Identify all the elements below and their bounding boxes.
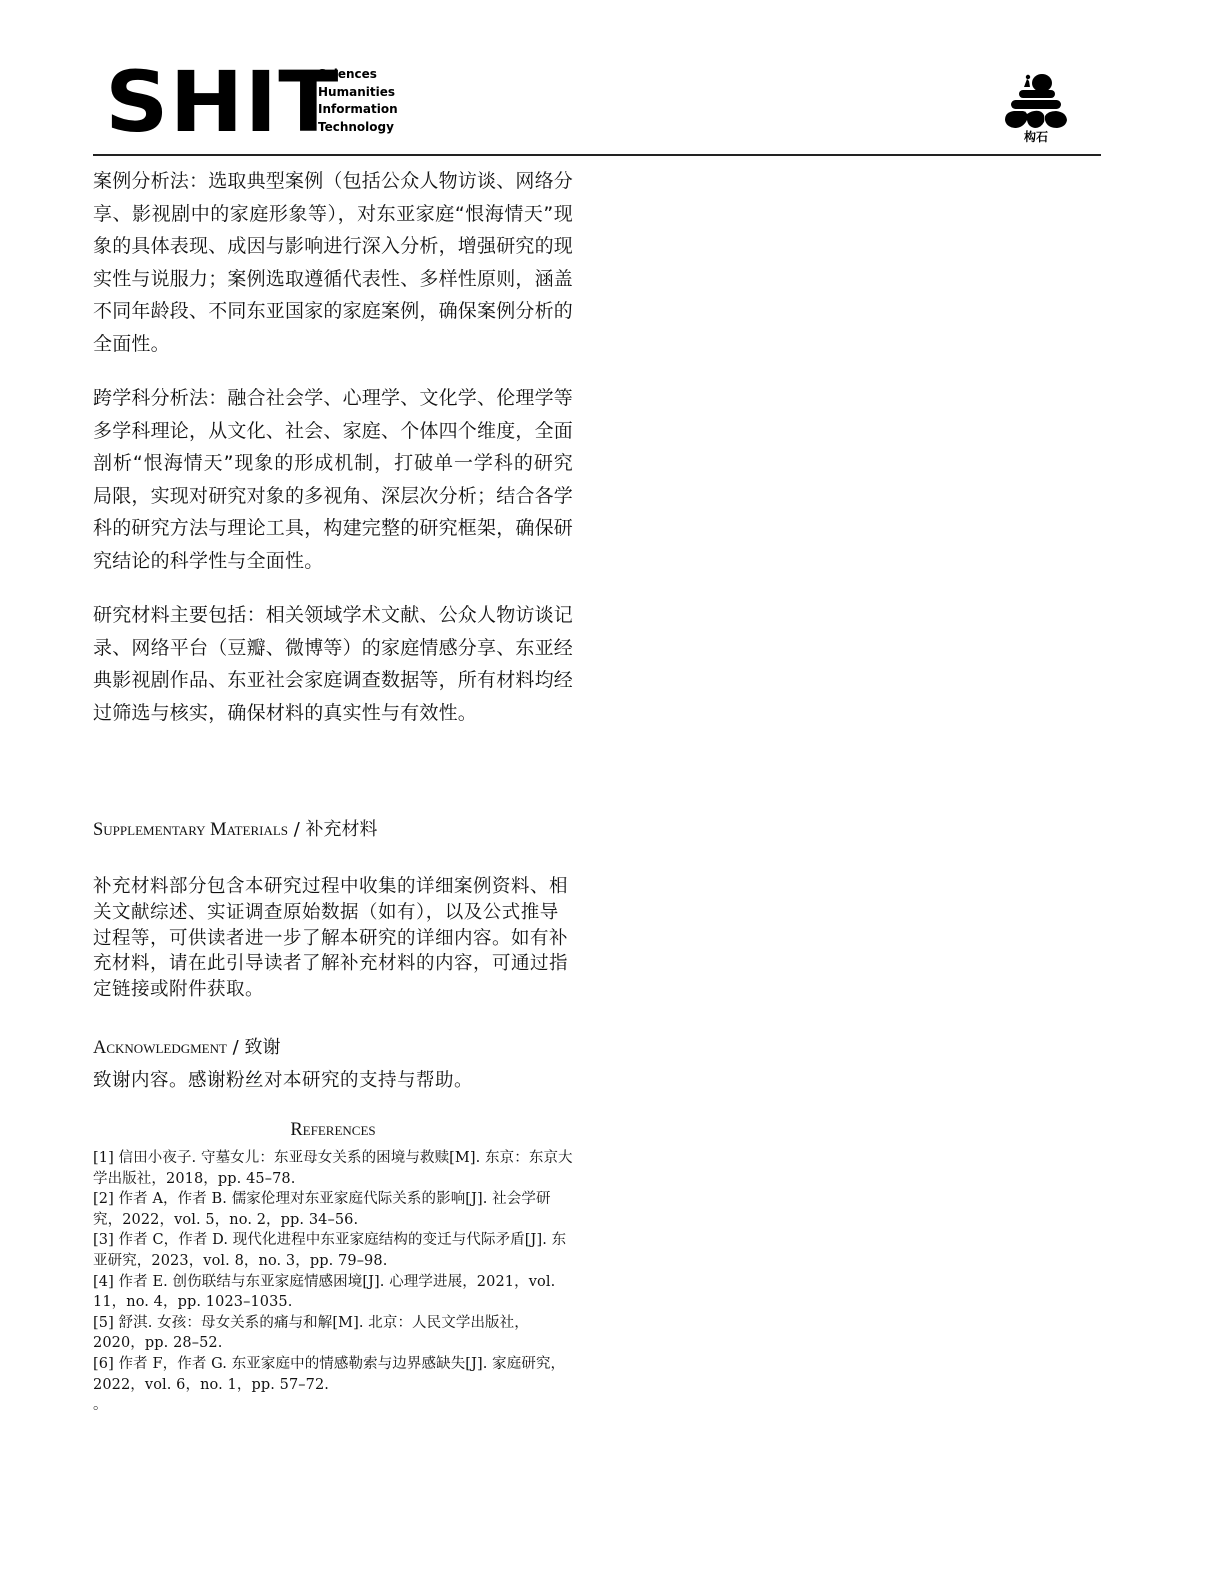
page-header: SHIT Sciences Humanities Information Tec…: [93, 60, 1101, 156]
supplementary-heading-cjk: / 补充材料: [288, 819, 378, 840]
references-title: References: [93, 1118, 573, 1142]
reference-item: [1] 信田小夜子. 守墓女儿：东亚母女关系的困境与救赎[M]. 东京：东京大学…: [93, 1148, 573, 1189]
supplementary-heading: Supplementary Materials / 补充材料: [93, 818, 573, 842]
journal-logo: SHIT: [105, 62, 340, 142]
logo-word: Information: [318, 101, 398, 119]
reference-item: [2] 作者 A，作者 B. 儒家伦理对东亚家庭代际关系的影响[J]. 社会学研…: [93, 1189, 573, 1230]
acknowledgment-heading-cjk: / 致谢: [227, 1037, 281, 1058]
reference-item: [3] 作者 C，作者 D. 现代化进程中东亚家庭结构的变迁与代际矛盾[J]. …: [93, 1230, 573, 1271]
references-section: References [1] 信田小夜子. 守墓女儿：东亚母女关系的困境与救赎[…: [93, 1118, 573, 1416]
reference-item: [5] 舒淇. 女孩：母女关系的痛与和解[M]. 北京：人民文学出版社，2020…: [93, 1313, 573, 1354]
body-column: 案例分析法：选取典型案例（包括公众人物访谈、网络分享、影视剧中的家庭形象等），对…: [93, 165, 573, 729]
reference-item: [4] 作者 E. 创伤联结与东亚家庭情感困境[J]. 心理学进展，2021，v…: [93, 1272, 573, 1313]
acknowledgment-section: Acknowledgment / 致谢 致谢内容。感谢粉丝对本研究的支持与帮助。: [93, 1036, 573, 1094]
stone-pile-icon: [1003, 70, 1069, 130]
gouashi-label: 构石: [1001, 130, 1071, 144]
header-divider: [93, 154, 1101, 156]
supplementary-heading-en: Supplementary Materials: [93, 820, 288, 840]
journal-logo-words: Sciences Humanities Information Technolo…: [318, 66, 398, 136]
logo-word: Sciences: [318, 66, 398, 84]
reference-item: [6] 作者 F，作者 G. 东亚家庭中的情感勒索与边界感缺失[J]. 家庭研究…: [93, 1354, 573, 1395]
case-analysis-paragraph: 案例分析法：选取典型案例（包括公众人物访谈、网络分享、影视剧中的家庭形象等），对…: [93, 165, 573, 360]
logo-word: Humanities: [318, 84, 398, 102]
materials-paragraph: 研究材料主要包括：相关领域学术文献、公众人物访谈记录、网络平台（豆瓣、微博等）的…: [93, 599, 573, 729]
trailing-mark: 。: [93, 1395, 573, 1416]
acknowledgment-text: 致谢内容。感谢粉丝对本研究的支持与帮助。: [93, 1068, 573, 1094]
supplementary-section: Supplementary Materials / 补充材料 补充材料部分包含本…: [93, 818, 573, 1003]
interdisciplinary-paragraph: 跨学科分析法：融合社会学、心理学、文化学、伦理学等多学科理论，从文化、社会、家庭…: [93, 382, 573, 577]
logo-word: Technology: [318, 119, 398, 137]
references-list: [1] 信田小夜子. 守墓女儿：东亚母女关系的困境与救赎[M]. 东京：东京大学…: [93, 1148, 573, 1416]
acknowledgment-heading: Acknowledgment / 致谢: [93, 1036, 573, 1060]
gouashi-logo: 构石: [1001, 70, 1071, 146]
supplementary-text: 补充材料部分包含本研究过程中收集的详细案例资料、相关文献综述、实证调查原始数据（…: [93, 874, 573, 1003]
acknowledgment-heading-en: Acknowledgment: [93, 1038, 227, 1058]
